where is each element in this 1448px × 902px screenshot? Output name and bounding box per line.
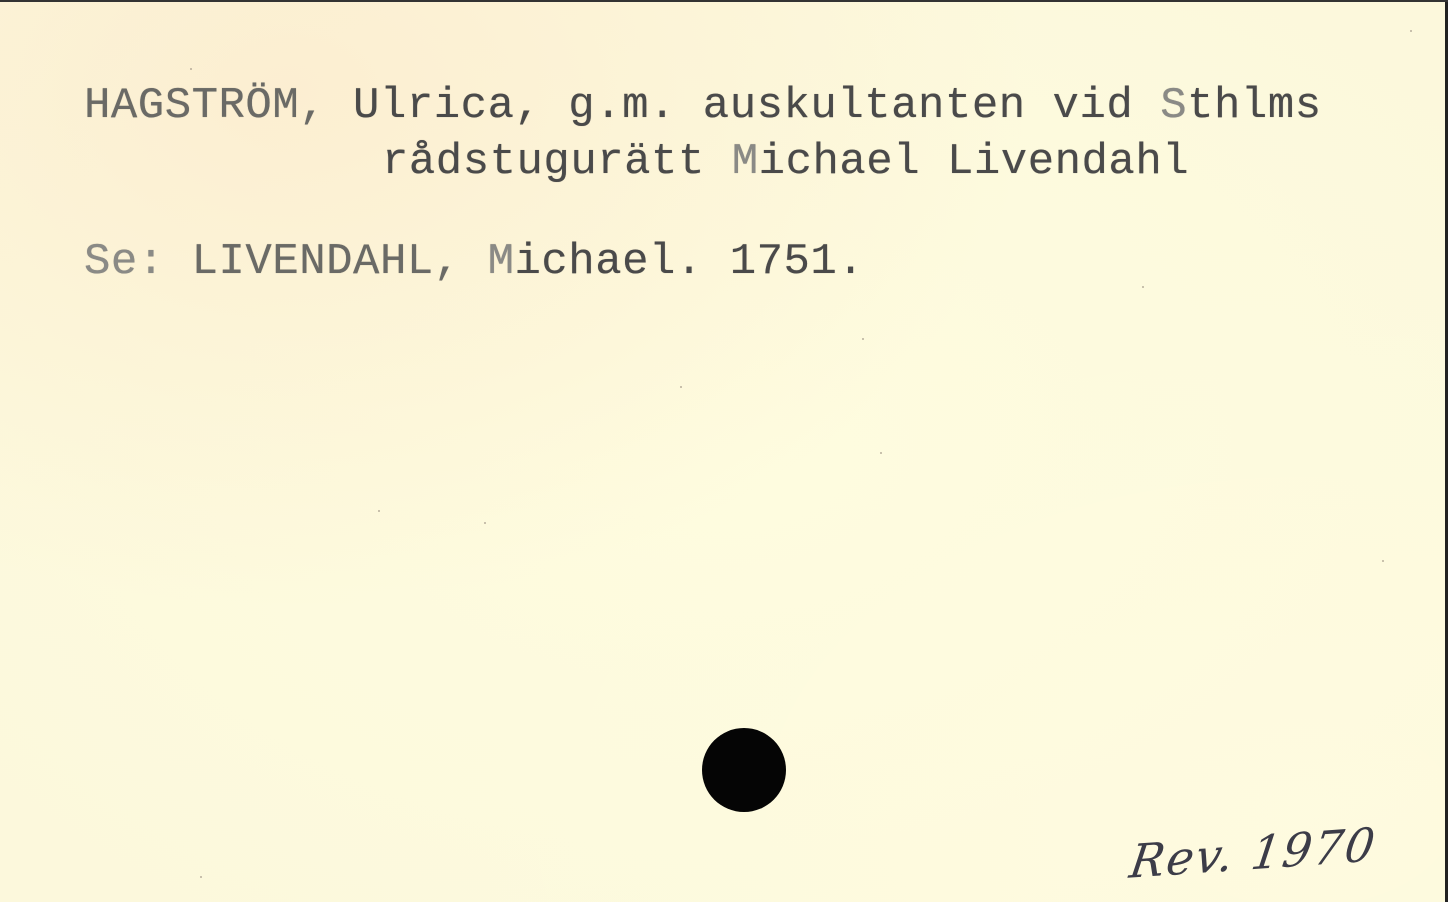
reference-faint-letter: M <box>488 237 515 287</box>
paper-speck <box>378 510 380 512</box>
paper-speck <box>1410 30 1412 32</box>
surname: HAGSTRÖM, <box>84 81 326 131</box>
paper-speck <box>190 68 192 70</box>
continuation-lead: rådstugurätt <box>382 137 732 187</box>
paper-speck <box>484 522 486 524</box>
index-card: HAGSTRÖM, Ulrica, g.m. auskultanten vid … <box>0 0 1448 902</box>
heading-text: Ulrica, g.m. auskultanten vid <box>326 81 1160 131</box>
continuation-faint-letter: M <box>732 137 759 187</box>
punch-hole <box>702 728 786 812</box>
typed-line-cross-reference: Se: LIVENDAHL, Michael. 1751. <box>84 240 864 284</box>
typed-line-heading: HAGSTRÖM, Ulrica, g.m. auskultanten vid … <box>84 84 1322 128</box>
paper-speck <box>1382 560 1384 562</box>
reference-surname: LIVENDAHL, <box>165 237 488 287</box>
continuation-text: ichael Livendahl <box>759 137 1189 187</box>
typed-line-continuation: rådstugurätt Michael Livendahl <box>382 140 1189 184</box>
heading-faint-letter: S <box>1160 81 1187 131</box>
heading-tail: thlms <box>1187 81 1322 131</box>
paper-speck <box>1142 286 1144 288</box>
paper-speck <box>862 338 864 340</box>
handwritten-revision-note: Rev. 1970 <box>1126 817 1380 889</box>
paper-speck <box>200 876 202 878</box>
see-label: Se: <box>84 237 165 287</box>
paper-speck <box>880 452 882 454</box>
reference-name-year: ichael. 1751. <box>514 237 864 287</box>
paper-speck <box>680 386 682 388</box>
